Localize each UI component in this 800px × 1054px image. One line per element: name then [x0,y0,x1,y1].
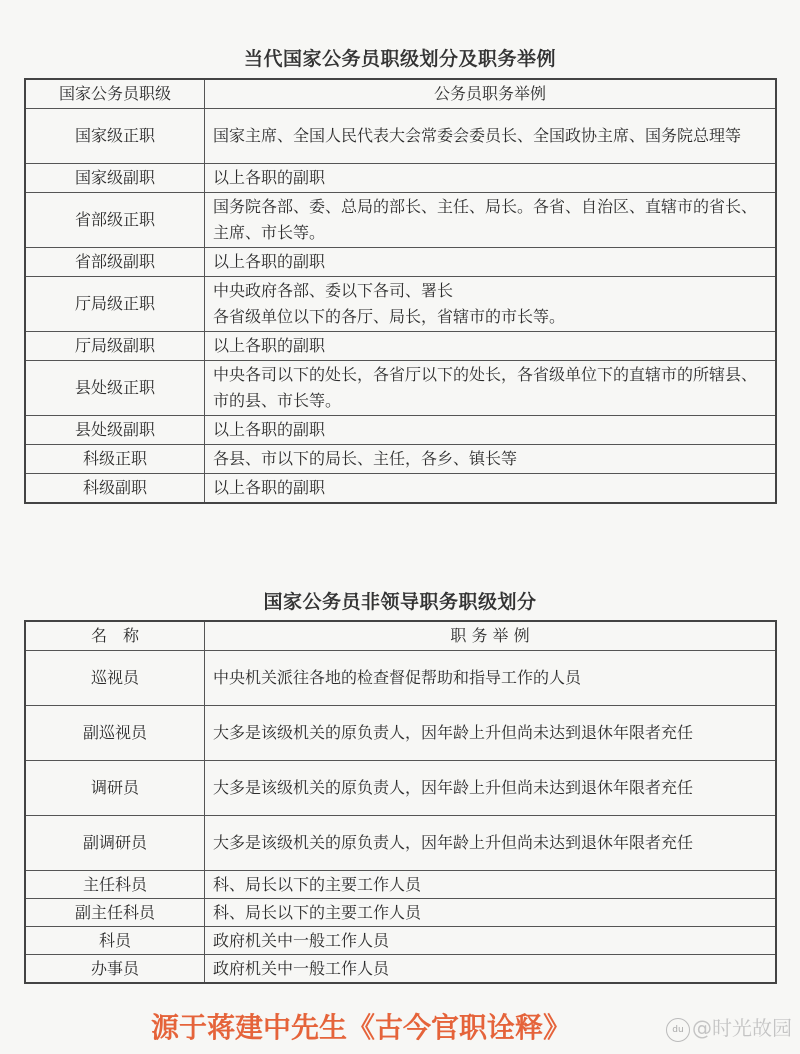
rank-cell: 国家级正职 [25,109,205,164]
position-name-cell: 副主任科员 [25,899,205,927]
example-cell: 以上各职的副职 [205,474,777,504]
column-header-examples: 公务员职务举例 [205,79,777,109]
table-row: 国家级副职 以上各职的副职 [25,164,776,193]
table-row: 科级正职 各县、市以下的局长、主任，各乡、镇长等 [25,445,776,474]
table-row: 国家级正职 国家主席、全国人民代表大会常委会委员长、全国政协主席、国务院总理等 [25,109,776,164]
table-row: 厅局级副职 以上各职的副职 [25,332,776,361]
table-row: 巡视员 中央机关派往各地的检查督促帮助和指导工作的人员 [25,651,776,706]
example-cell: 中央政府各部、委以下各司、署长 各省级单位以下的各厅、局长，省辖市的市长等。 [205,277,777,332]
table-row: 省部级副职 以上各职的副职 [25,248,776,277]
table-row: 主任科员 科、局长以下的主要工作人员 [25,871,776,899]
table1-title: 当代国家公务员职级划分及职务举例 [0,44,800,71]
rank-cell: 县处级正职 [25,361,205,416]
watermark-text: @时光故园 [692,1016,792,1040]
example-cell: 国务院各部、委、总局的部长、主任、局长。各省、自治区、直辖市的省长、主席、市长等… [205,193,777,248]
position-name-cell: 调研员 [25,761,205,816]
civil-service-rank-table: 国家公务员职级 公务员职务举例 国家级正职 国家主席、全国人民代表大会常委会委员… [24,78,777,504]
rank-cell: 县处级副职 [25,416,205,445]
example-cell: 中央各司以下的处长，各省厅以下的处长，各省级单位下的直辖市的所辖县、市的县、市长… [205,361,777,416]
table-row: 副调研员 大多是该级机关的原负责人，因年龄上升但尚未达到退休年限者充任 [25,816,776,871]
example-cell: 以上各职的副职 [205,332,777,361]
watermark: du@时光故园 [666,1012,792,1042]
table-row: 省部级正职 国务院各部、委、总局的部长、主任、局长。各省、自治区、直辖市的省长、… [25,193,776,248]
position-name-cell: 主任科员 [25,871,205,899]
example-cell: 大多是该级机关的原负责人，因年龄上升但尚未达到退休年限者充任 [205,706,777,761]
example-cell: 科、局长以下的主要工作人员 [205,871,777,899]
non-leadership-rank-table: 名 称 职 务 举 例 巡视员 中央机关派往各地的检查督促帮助和指导工作的人员 … [24,620,777,984]
table-header-row: 国家公务员职级 公务员职务举例 [25,79,776,109]
example-cell: 政府机关中一般工作人员 [205,927,777,955]
example-cell: 中央机关派往各地的检查督促帮助和指导工作的人员 [205,651,777,706]
table-row: 县处级正职 中央各司以下的处长，各省厅以下的处长，各省级单位下的直辖市的所辖县、… [25,361,776,416]
position-name-cell: 巡视员 [25,651,205,706]
source-caption: 源于蒋建中先生《古今官职诠释》 [151,1006,571,1046]
position-name-cell: 副调研员 [25,816,205,871]
rank-cell: 省部级正职 [25,193,205,248]
rank-cell: 科级副职 [25,474,205,504]
example-line-2: 各省级单位以下的各厅、局长，省辖市的市长等。 [213,304,767,330]
table-header-row: 名 称 职 务 举 例 [25,621,776,651]
example-cell: 大多是该级机关的原负责人，因年龄上升但尚未达到退休年限者充任 [205,761,777,816]
example-cell: 以上各职的副职 [205,416,777,445]
baidu-paw-icon: du [666,1018,690,1042]
example-cell: 以上各职的副职 [205,248,777,277]
table-row: 县处级副职 以上各职的副职 [25,416,776,445]
position-name-cell: 科员 [25,927,205,955]
column-header-level: 国家公务员职级 [25,79,205,109]
example-cell: 科、局长以下的主要工作人员 [205,899,777,927]
example-cell: 各县、市以下的局长、主任，各乡、镇长等 [205,445,777,474]
example-cell: 以上各职的副职 [205,164,777,193]
rank-cell: 科级正职 [25,445,205,474]
example-cell: 国家主席、全国人民代表大会常委会委员长、全国政协主席、国务院总理等 [205,109,777,164]
example-cell: 大多是该级机关的原负责人，因年龄上升但尚未达到退休年限者充任 [205,816,777,871]
table-row: 厅局级正职 中央政府各部、委以下各司、署长 各省级单位以下的各厅、局长，省辖市的… [25,277,776,332]
rank-cell: 厅局级正职 [25,277,205,332]
table-row: 科级副职 以上各职的副职 [25,474,776,504]
example-line-1: 中央政府各部、委以下各司、署长 [213,278,767,304]
table-row: 办事员 政府机关中一般工作人员 [25,955,776,984]
rank-cell: 厅局级副职 [25,332,205,361]
rank-cell: 省部级副职 [25,248,205,277]
table-row: 调研员 大多是该级机关的原负责人，因年龄上升但尚未达到退休年限者充任 [25,761,776,816]
table-row: 副主任科员 科、局长以下的主要工作人员 [25,899,776,927]
position-name-cell: 副巡视员 [25,706,205,761]
column-header-examples: 职 务 举 例 [205,621,777,651]
table2-title: 国家公务员非领导职务职级划分 [0,587,800,614]
position-name-cell: 办事员 [25,955,205,984]
table-row: 科员 政府机关中一般工作人员 [25,927,776,955]
column-header-name: 名 称 [25,621,205,651]
example-cell: 政府机关中一般工作人员 [205,955,777,984]
rank-cell: 国家级副职 [25,164,205,193]
table-row: 副巡视员 大多是该级机关的原负责人，因年龄上升但尚未达到退休年限者充任 [25,706,776,761]
